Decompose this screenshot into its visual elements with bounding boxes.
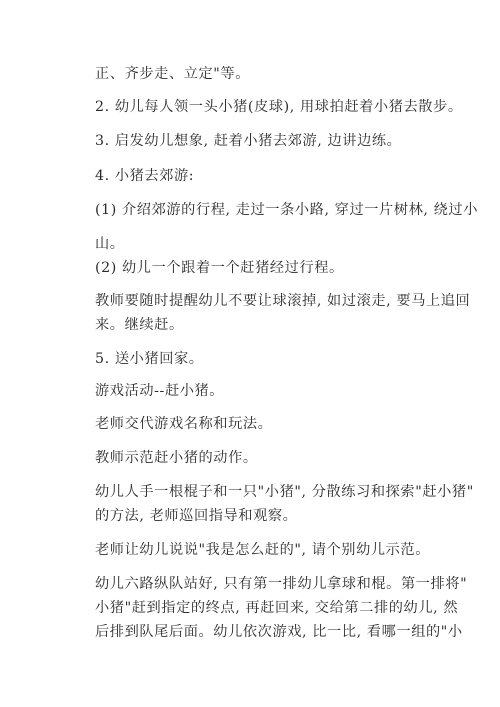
text-line: 4. 小猪去郊游: — [95, 167, 194, 185]
text-line: 教师示范赶小猪的动作。 — [95, 449, 258, 467]
text-line: (1) 介绍郊游的行程, 走过一条小路, 穿过一片树林, 绕过小 — [95, 201, 478, 219]
text-line: 的方法, 老师巡回指导和观察。 — [95, 507, 297, 525]
text-line: 老师交代游戏名称和玩法。 — [95, 415, 272, 433]
document-page: 正、齐步走、立定"等。 2. 幼儿每人领一头小猪(皮球), 用球拍赶着小猪去散步… — [0, 0, 500, 707]
text-line: 正、齐步走、立定"等。 — [95, 65, 250, 83]
text-line: 5. 送小猪回家。 — [95, 350, 204, 368]
text-line: 幼儿六路纵队站好, 只有第一排幼儿拿球和棍。第一排将" — [95, 575, 467, 593]
text-line: 游戏活动--赶小猪。 — [95, 382, 224, 400]
text-line: (2) 幼儿一个跟着一个赶猪经过行程。 — [95, 259, 344, 277]
text-line: 3. 启发幼儿想象, 赶着小猪去郊游, 边讲边练。 — [95, 132, 401, 150]
text-line: 山。 — [95, 235, 125, 253]
text-line: 后排到队尾后面。幼儿依次游戏, 比一比, 看哪一组的"小 — [95, 623, 463, 641]
text-line: 幼儿人手一根棍子和一只"小猪", 分散练习和探索"赶小猪" — [95, 483, 474, 501]
text-line: 来。继续赶。 — [95, 316, 184, 334]
text-line: 教师要随时提醒幼儿不要让球滚掉, 如过滚走, 要马上追回 — [95, 292, 470, 310]
text-line: 老师让幼儿说说"我是怎么赶的", 请个别幼儿示范。 — [95, 541, 430, 559]
text-line: 2. 幼儿每人领一头小猪(皮球), 用球拍赶着小猪去散步。 — [95, 98, 463, 116]
text-line: 小猪"赶到指定的终点, 再赶回来, 交给第二排的幼儿, 然 — [95, 599, 458, 617]
